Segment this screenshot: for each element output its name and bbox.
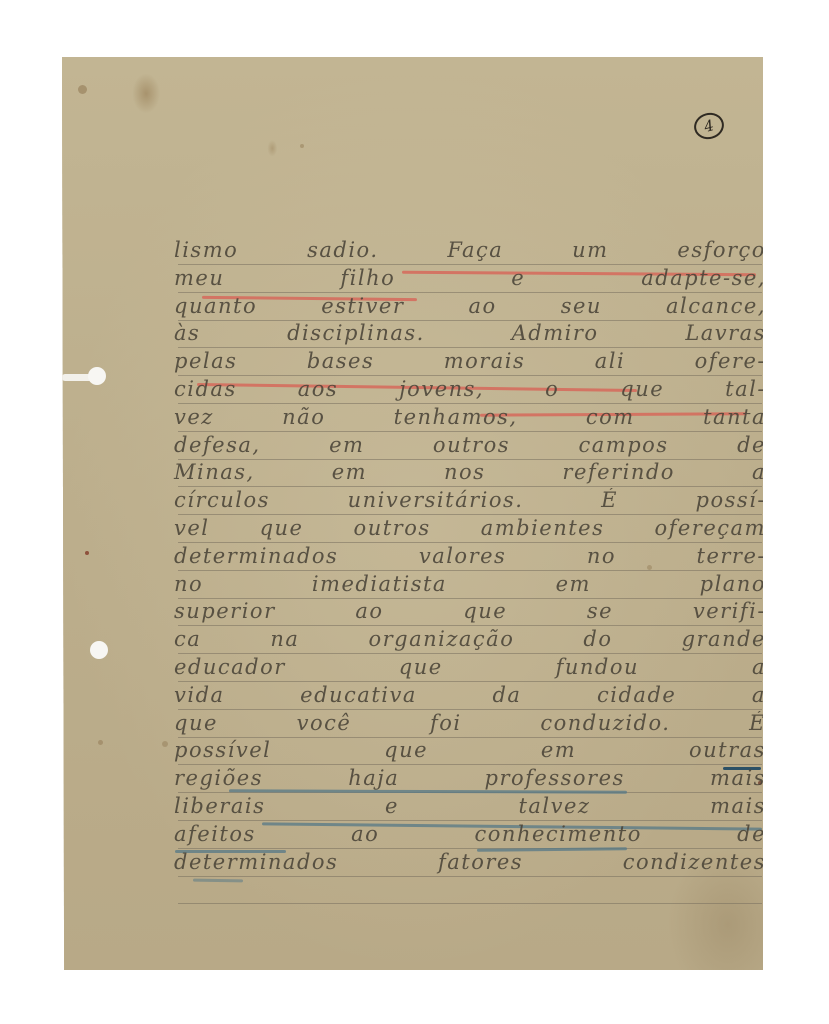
handwritten-word: um [572,240,608,264]
handwritten-word: outros [354,518,431,542]
foxing-stain [85,551,89,555]
handwritten-line: quantoestiveraoseualcance, [174,292,766,320]
handwritten-word: meu [174,268,224,292]
handwritten-word: É [749,713,766,737]
handwritten-word: que [463,601,507,625]
handwritten-word: ao [351,824,379,848]
handwritten-line: superioraoqueseverifi- [174,597,766,625]
handwritten-word: lismo [174,240,238,264]
handwritten-word: em [541,740,576,764]
handwritten-word: bases [307,351,374,375]
handwritten-word: do [583,629,612,653]
foxing-stain [78,85,87,94]
handwritten-line: círculosuniversitários.Épossí- [174,486,766,514]
handwritten-word: quanto [174,296,257,320]
handwritten-line: regiõeshajaprofessoresmais [174,764,766,792]
handwritten-word: nos [444,462,485,486]
handwritten-word: com [586,407,635,431]
handwritten-word: estiver [321,296,404,320]
handwritten-word: ofere- [695,351,766,375]
handwritten-word: jovens, [399,379,484,403]
handwritten-word: liberais [174,796,265,820]
handwritten-word: em [556,574,591,598]
handwritten-word: Minas, [174,462,255,486]
handwritten-word: que [260,518,304,542]
handwritten-line: liberaisetalvezmais [174,792,766,820]
handwritten-word: fundou [556,657,639,681]
handwritten-word: afeitos [174,824,256,848]
handwritten-word: regiões [174,768,263,792]
handwritten-word: da [492,685,521,709]
handwritten-word: fatores [438,852,523,876]
page-number-text: 4 [702,116,716,136]
handwritten-word: determinados [174,852,338,876]
ruled-line [178,876,762,877]
handwritten-word: ambientes [481,518,605,542]
handwritten-word: conhecimento [475,824,642,848]
handwritten-word: professores [485,768,625,792]
handwritten-word: vida [174,685,225,709]
handwritten-word: É [601,490,618,514]
handwritten-word: ca [174,629,201,653]
foxing-stain [162,741,168,747]
handwritten-word: às [174,323,200,347]
handwritten-word: organização [368,629,514,653]
handwritten-word: foi [430,713,462,737]
handwritten-word: pelas [174,351,237,375]
handwritten-word: talvez [518,796,590,820]
handwritten-word: verifi- [693,601,766,625]
handwritten-word: seu [561,296,602,320]
handwritten-word: filho [340,268,395,292]
handwritten-word: superior [174,601,276,625]
handwritten-word: em [332,462,367,486]
foxing-stain [98,740,103,745]
handwritten-word: tanta [703,407,766,431]
handwritten-word: outras [689,740,766,764]
scan-background: 4 lismosadio.Façaumesforçomeufilhoeadapt… [0,0,829,1024]
handwritten-word: valores [419,546,507,570]
handwritten-word: a [752,685,766,709]
handwritten-word: possí- [696,490,766,514]
handwritten-line: vidaeducativadacidadea [174,681,766,709]
handwritten-word: aos [298,379,338,403]
handwritten-word: disciplinas. [287,323,425,347]
handwritten-line: educadorquefundoua [174,653,766,681]
handwritten-word: ofereçam [654,518,766,542]
handwritten-word: mais [710,768,766,792]
handwritten-word: se [587,601,613,625]
handwritten-word: referindo [562,462,675,486]
handwritten-word: na [270,629,299,653]
handwritten-word: imediatista [312,574,447,598]
handwritten-word: mais [710,796,766,820]
handwritten-word: a [752,657,766,681]
handwritten-word: que [174,713,218,737]
handwritten-word: universitários. [348,490,524,514]
handwritten-word: tenhamos, [394,407,518,431]
punch-hole-bottom [90,641,108,659]
handwritten-word: que [399,657,443,681]
handwritten-word: condizentes [623,852,766,876]
handwritten-word: esforço [677,240,766,264]
handwritten-word: determinados [174,546,338,570]
handwritten-word: adapte-se, [641,268,766,292]
handwritten-word: e [511,268,525,292]
handwritten-word: alcance, [666,296,766,320]
handwritten-word: Lavras [685,323,766,347]
handwritten-word: ao [355,601,383,625]
handwritten-word: e [385,796,399,820]
handwritten-word: campos [579,435,669,459]
handwritten-word: não [282,407,325,431]
handwritten-line: possívelqueemoutras [174,736,766,764]
handwritten-word: ao [468,296,496,320]
handwritten-line: noimediatistaemplano [174,570,766,598]
handwritten-line: Minas,emnosreferindoa [174,458,766,486]
handwritten-line: lismosadio.Façaumesforço [174,236,766,264]
handwritten-word: vel [174,518,210,542]
letter-page: 4 lismosadio.Façaumesforçomeufilhoeadapt… [62,57,763,970]
handwritten-word: que [620,379,664,403]
handwritten-word: de [737,435,766,459]
handwritten-word: círculos [174,490,270,514]
handwritten-word: terre- [697,546,766,570]
handwritten-line: meufilhoeadapte-se, [174,264,766,292]
handwritten-word: Faça [447,240,503,264]
handwritten-word: morais [444,351,526,375]
handwritten-word: conduzido. [540,713,670,737]
handwritten-word: Admiro [512,323,599,347]
handwritten-line: pelasbasesmoraisaliofere- [174,347,766,375]
page-number-circled: 4 [691,110,727,143]
handwritten-word: cidas [174,379,237,403]
handwritten-word: educativa [300,685,417,709]
handwritten-line: quevocêfoiconduzido.É [174,709,766,737]
foxing-stain [300,144,304,148]
handwritten-word: a [752,462,766,486]
handwritten-word: em [329,435,364,459]
handwritten-word: haja [348,768,399,792]
handwritten-word: vez [174,407,214,431]
handwritten-line: veznãotenhamos,comtanta [174,403,766,431]
handwritten-word: sadio. [307,240,378,264]
blue-mark-afeitos [193,879,243,883]
handwritten-word: defesa, [174,435,261,459]
handwritten-word: cidade [597,685,676,709]
handwritten-line: defesa,emoutroscamposde [174,431,766,459]
handwritten-word: ali [595,351,625,375]
handwritten-word: educador [174,657,286,681]
handwritten-word: outros [433,435,510,459]
handwritten-line: cidasaosjovens,oquetal- [174,375,766,403]
handwritten-line: àsdisciplinas.AdmiroLavras [174,319,766,347]
handwritten-word: o [545,379,559,403]
handwritten-line: determinadosvaloresnoterre- [174,542,766,570]
punch-hole-top [88,367,106,385]
handwritten-word: grande [682,629,766,653]
handwritten-word: no [174,574,203,598]
ruled-line [178,903,762,904]
handwritten-word: que [384,740,428,764]
handwritten-line: afeitosaoconhecimentode [174,820,766,848]
handwritten-word: possível [174,740,271,764]
handwritten-word: no [587,546,616,570]
handwritten-line: determinadosfatorescondizentes [174,848,766,876]
handwritten-line: canaorganizaçãodogrande [174,625,766,653]
handwritten-word: plano [700,574,766,598]
handwritten-word: de [737,824,766,848]
handwritten-word: tal- [725,379,766,403]
handwritten-word: você [297,713,352,737]
handwritten-line: velqueoutrosambientesofereçam [174,514,766,542]
